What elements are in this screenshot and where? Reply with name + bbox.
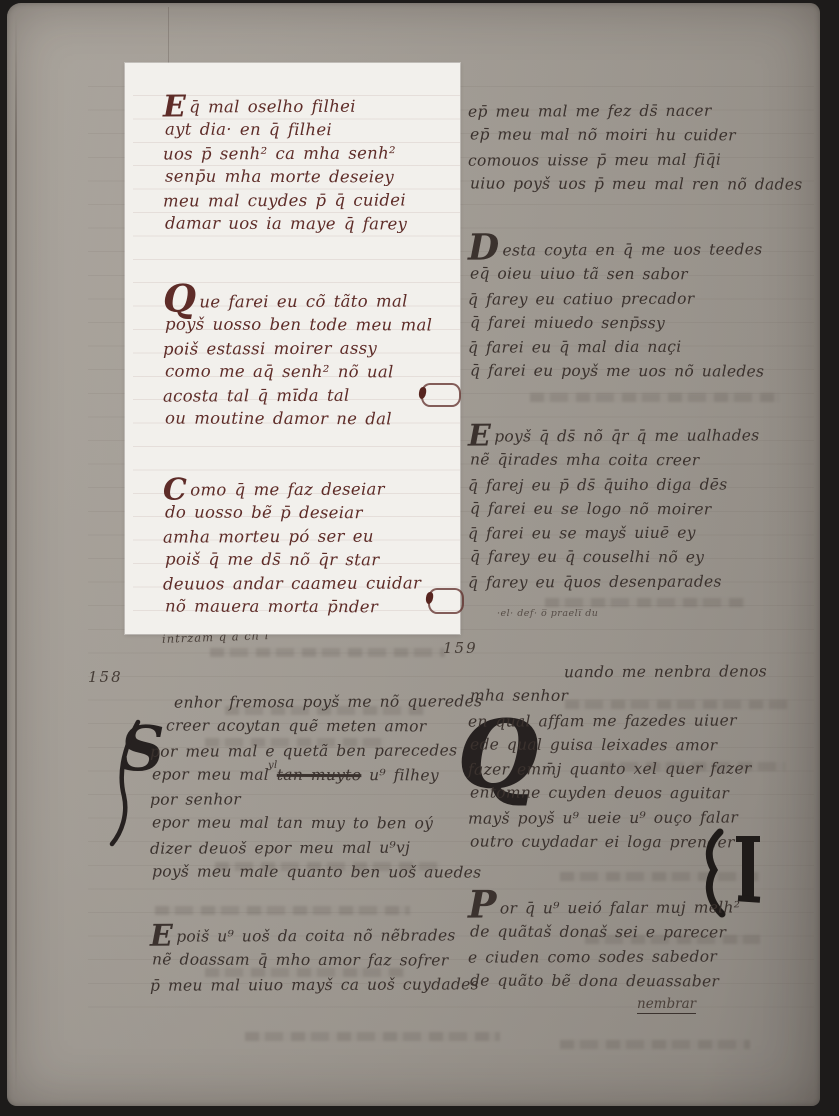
line-text: esta coyta en q̄ me uos teedes (502, 240, 762, 259)
bleedthrough-text (560, 1040, 750, 1049)
manuscript-line: do uosso bẽ p̄ deseiar (165, 501, 423, 525)
line-text: poiš u⁹ uoš da coita nõ nẽbrades (176, 926, 456, 945)
manuscript-line: q̄ farei eu se mayš uiuē ey (468, 521, 760, 547)
scribble-box-mark (428, 588, 464, 614)
manuscript-line: en qual affam me fazedes uiuer (468, 708, 767, 734)
left-stanza-2: Epoiš u⁹ uoš da coita nõ nẽbrades nẽ doa… (150, 924, 479, 997)
overlay-stanza-1: Eq̄ mal oselho filhei ayt dia· en q̄ fil… (163, 95, 406, 235)
manuscript-line: q̄ farei miuedo senp̄ssy (470, 310, 765, 335)
manuscript-line: deuuos andar caameu cuidar (163, 571, 421, 596)
manuscript-line: e ciuden como sodes sabedor (468, 944, 740, 969)
manuscript-line: poyš meu male quanto ben uoš auedes (152, 860, 484, 885)
manuscript-line: uando me nenbra denos (468, 659, 767, 685)
manuscript-line: uiuo poyš uos p̄ meu mal ren nõ dades (470, 171, 803, 196)
right-stanza-1: ep̄ meu mal me fez ds̄ nacer ep̄ meu mal… (468, 99, 800, 196)
footnote-nembrar: nembrar (637, 996, 696, 1012)
manuscript-line: creer acoytan quẽ meten amor (152, 714, 484, 739)
manuscript-line: uos p̄ senh² ca mha senh² (163, 141, 406, 165)
manuscript-line: poyš uosso ben tode meu mal (165, 313, 432, 337)
bleedthrough-text (155, 906, 410, 915)
right-stanza-5: Por q̄ u⁹ ueió falar muj melh² de quãtaš… (468, 896, 740, 993)
right-stanza-3: Epoyš q̄ ds̄ nõ q̄r q̄ me ualhades nẽ q̄… (468, 424, 760, 594)
scribble-box-mark (421, 383, 461, 407)
manuscript-line: eq̄ oieu uiuo tã sen sabor (470, 262, 765, 287)
manuscript-line: q̄ farey eu catiuo precador (468, 286, 763, 312)
manuscript-line: de quãto bẽ dona deuassaber (470, 968, 742, 993)
manuscript-line: nõ mauera morta p̄nder (165, 595, 423, 619)
manuscript-line: q̄ farei eu q̄ mal dia naçi (468, 335, 763, 361)
manuscript-line: enhor fremosa poyš me nõ queredes (150, 689, 482, 715)
folio-number-left: 158 (88, 668, 123, 686)
manuscript-line: dizer deuoš epor meu mal u⁹vj (150, 835, 482, 861)
manuscript-line: ou moutine damor ne dal (165, 407, 432, 431)
manuscript-line: meu mal cuydes p̄ q̄ cuidei (163, 188, 406, 212)
manuscript-line: p̄ meu mal uiuo mayš ca uoš cuydades (150, 972, 479, 998)
bleedthrough-text (545, 598, 745, 607)
folio-number-right: 159 (443, 639, 478, 657)
manuscript-line: mha senhor (470, 684, 769, 709)
margin-note: ·el· def· o̅ praeli̅ du (497, 608, 598, 619)
manuscript-line: ep̄ meu mal me fez ds̄ nacer (468, 98, 801, 124)
manuscript-line: Epoyš q̄ ds̄ nõ q̄r q̄ me ualhades (468, 423, 760, 449)
correction-mark: yl (268, 754, 278, 778)
manuscript-line: por meu mal e quetã ben parecedes (150, 738, 482, 764)
manuscript-line: comouos uisse p̄ meu mal fiq̄i (468, 147, 801, 173)
overlay-stanza-2: Que farei eu cõ tãto mal poyš uosso ben … (163, 290, 430, 430)
initial-flourish-tail (108, 718, 148, 848)
manuscript-line: ayt dia· en q̄ filhei (165, 118, 408, 142)
line-text: u⁹ filhey (361, 766, 439, 784)
manuscript-line: epor meu mal tan muy to ben oý (152, 811, 484, 836)
bleedthrough-text (530, 393, 780, 402)
manuscript-line: nẽ doassam q̄ mho amor faz sofrer (152, 948, 481, 973)
manuscript-line: como me aq̄ senh² nõ ual (165, 360, 432, 384)
manuscript-line: ep̄ meu mal nõ moiri hu cuider (470, 123, 803, 148)
manuscript-line: nẽ q̄irades mha coita creer (470, 448, 762, 473)
manuscript-line: q̄ farei eu se logo nõ moirer (470, 496, 762, 521)
manuscript-line: poiš estassi moirer assy (163, 336, 430, 361)
manuscript-line: damar uos ia maye q̄ farey (165, 212, 408, 236)
manuscript-line: acosta tal q̄ mīda tal (163, 383, 430, 408)
manuscript-line: Como q̄ me faz deseiar (163, 477, 421, 502)
manuscript-line: Desta coyta en q̄ me uos teedes (468, 237, 763, 263)
line-text: epor meu mal (152, 765, 277, 783)
manuscript-line: poiš q̄ me ds̄ nõ q̄r star (165, 548, 423, 572)
manuscript-line: q̄ farey eu q̄ couselhi nõ ey (470, 545, 762, 570)
manuscript-line: Eq̄ mal oselho filhei (163, 94, 406, 118)
line-text: poyš q̄ ds̄ nõ q̄r q̄ me ualhades (494, 426, 759, 445)
right-stanza-2: Desta coyta en q̄ me uos teedes eq̄ oieu… (468, 238, 762, 384)
left-stanza-1: enhor fremosa poyš me nõ queredes creer … (150, 690, 482, 884)
manuscript-line: q̄ farey eu q̄uos desenparades (468, 569, 760, 595)
manuscript-line: entomne cuyden deuos aguitar (470, 781, 769, 806)
manuscript-line: fazer emm̄j quanto xel quer fazer (468, 757, 767, 783)
line-text: ue farei eu cõ tãto mal (199, 292, 407, 312)
manuscript-line: q̄ farei eu poyš me uos nõ ualedes (470, 359, 765, 384)
manuscript-line-corrected: epor meu mal tan muyto u⁹ filhey yl (152, 762, 484, 787)
manuscript-line: Epoiš u⁹ uoš da coita nõ nẽbrades (150, 923, 479, 949)
manuscript-line: de quãtaš donaš sei e parecer (470, 920, 742, 945)
manuscript-line: senp̄u mha morte deseiey (165, 165, 408, 189)
overlay-stanza-3: Como q̄ me faz deseiar do uosso bẽ p̄ de… (163, 478, 421, 618)
manuscript-line: ede qual guisa leixades amor (470, 732, 769, 757)
manuscript-line: q̄ farej eu p̄ ds̄ q̄uiho diga dēs (468, 472, 760, 498)
line-text: omo q̄ me faz deseiar (190, 480, 385, 500)
line-text: q̄ mal oselho filhei (189, 97, 356, 117)
manuscript-line: amha morteu pó ser eu (163, 524, 421, 549)
manuscript-line: Por q̄ u⁹ ueió falar muj melh² (468, 895, 740, 920)
bleedthrough-text (210, 648, 445, 657)
struck-text: tan muyto (277, 766, 362, 784)
manuscript-line: por senhor (150, 786, 482, 812)
footnote-text: nembrar (637, 996, 696, 1014)
bleedthrough-text (245, 1032, 500, 1041)
highlight-overlay-region: Eq̄ mal oselho filhei ayt dia· en q̄ fil… (125, 63, 460, 634)
line-text: or q̄ u⁹ ueió falar muj melh² (500, 898, 740, 917)
manuscript-line: Que farei eu cõ tãto mal (163, 289, 430, 314)
